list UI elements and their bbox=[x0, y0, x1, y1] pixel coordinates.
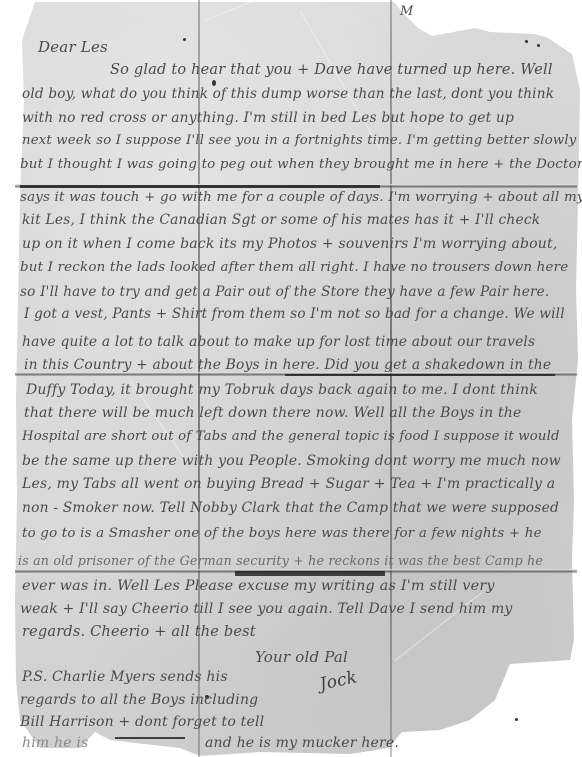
body-line: next week so I suppose I'll see you in a… bbox=[22, 133, 576, 148]
body-line: that there will be much left down there … bbox=[24, 405, 521, 421]
closing: Your old Pal bbox=[255, 648, 348, 666]
salutation: Dear Les bbox=[38, 38, 108, 56]
body-line: Duffy Today, it brought my Tobruk days b… bbox=[26, 382, 538, 398]
corner-mark: M bbox=[400, 4, 414, 19]
body-line: Hospital are short out of Tabs and the g… bbox=[22, 429, 560, 444]
body-line: kit Les, I think the Canadian Sgt or som… bbox=[22, 212, 540, 228]
letter-text: M Dear Les So glad to hear that you + Da… bbox=[0, 0, 582, 757]
body-line: in this Country + about the Boys in here… bbox=[24, 357, 551, 373]
postscript-tail: and he is my mucker here. bbox=[205, 735, 399, 751]
body-line: with no red cross or anything. I'm still… bbox=[22, 110, 514, 126]
body-line: have quite a lot to talk about to make u… bbox=[22, 334, 535, 350]
body-line: old boy, what do you think of this dump … bbox=[22, 86, 554, 102]
body-line: is an old prisoner of the German securit… bbox=[18, 553, 543, 568]
body-line: but I reckon the lads looked after them … bbox=[20, 260, 568, 275]
body-line: ever was in. Well Les Please excuse my w… bbox=[22, 578, 495, 594]
body-line: I got a vest, Pants + Shirt from them so… bbox=[24, 306, 565, 322]
body-line: weak + I'll say Cheerio till I see you a… bbox=[20, 601, 513, 617]
postscript-line: Bill Harrison + dont forget to tell bbox=[20, 714, 264, 730]
body-line: regards. Cheerio + all the best bbox=[22, 624, 256, 640]
postscript-line: P.S. Charlie Myers sends his bbox=[22, 669, 228, 685]
body-line: be the same up there with you People. Sm… bbox=[22, 453, 561, 469]
body-line: but I thought I was going to peg out whe… bbox=[20, 157, 582, 172]
letter-page: M Dear Les So glad to hear that you + Da… bbox=[0, 0, 582, 757]
body-line: says it was touch + go with me for a cou… bbox=[20, 190, 582, 205]
postscript-line: him he is bbox=[22, 735, 88, 751]
signature: Jock bbox=[318, 667, 359, 694]
body-line: up on it when I come back its my Photos … bbox=[22, 236, 557, 252]
postscript-line: regards to all the Boys including bbox=[20, 692, 258, 708]
body-line: to go to is a Smasher one of the boys he… bbox=[22, 526, 542, 541]
body-line: So glad to hear that you + Dave have tur… bbox=[110, 62, 553, 78]
body-line: so I'll have to try and get a Pair out o… bbox=[20, 284, 549, 300]
body-line: non - Smoker now. Tell Nobby Clark that … bbox=[22, 500, 559, 516]
body-line: Les, my Tabs all went on buying Bread + … bbox=[22, 476, 555, 492]
